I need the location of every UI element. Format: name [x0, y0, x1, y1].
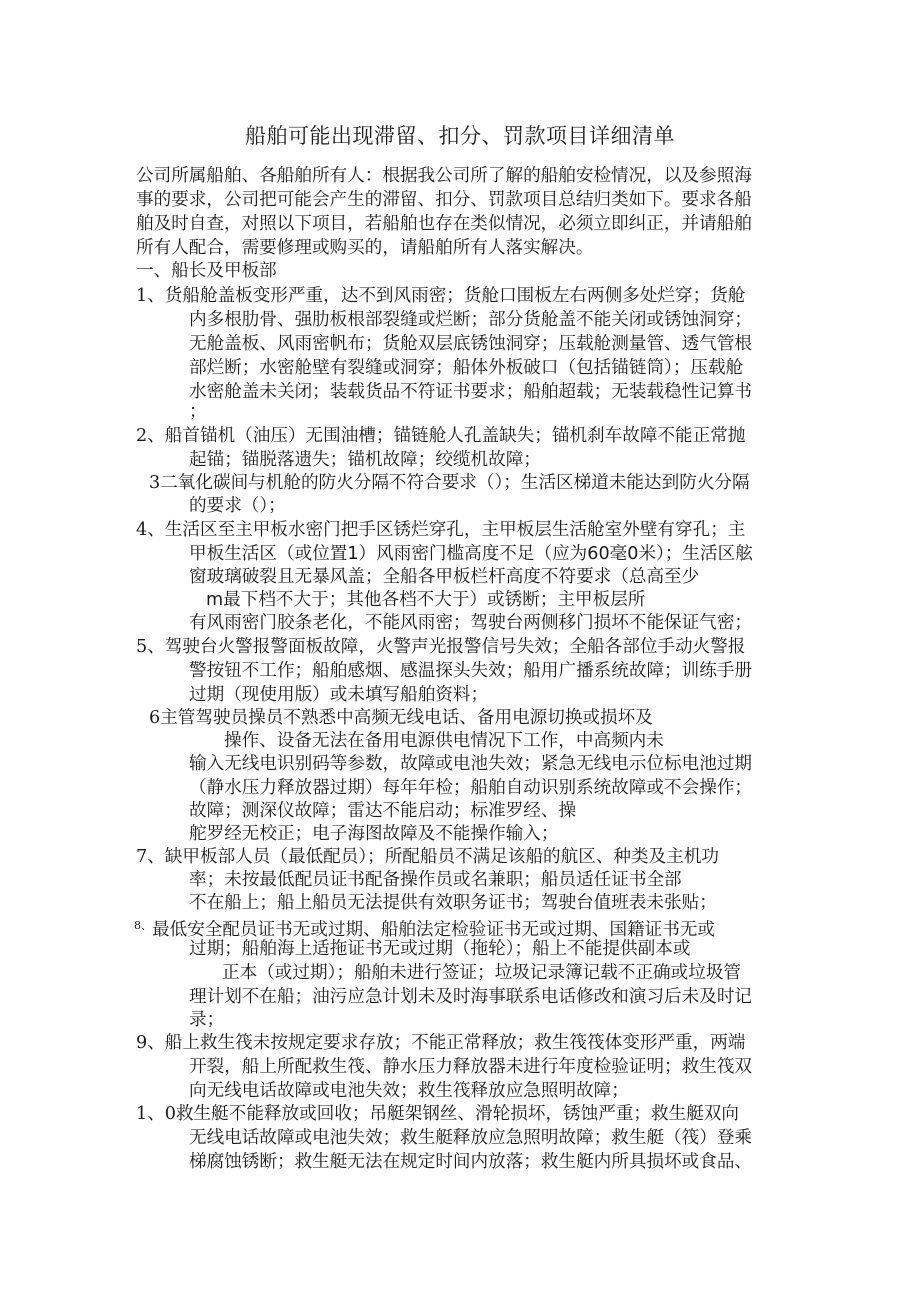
item-line: 无舱盖板、风雨密帆布；货舱双层底锈蚀洞穿；压载舱测量管、透气管根	[189, 333, 752, 355]
item-line: （静水压力释放器过期）每年年检；船舶自动识别系统故障或不会操作；	[189, 777, 752, 799]
item-line: 操作、设备无法在备用电源供电情况下工作，中高频内未	[224, 730, 664, 752]
item-number: 7、	[136, 847, 165, 867]
item-number: 8、	[134, 919, 152, 932]
list-item-4: 4、生活区至主甲板水密门把手区锈烂穿孔，主甲板层生活舱室外壁有穿孔；主	[136, 519, 745, 541]
item-line: 率；未按最低配员证书配备操作员或名兼职；船员适任证书全部	[189, 869, 682, 891]
intro-line: 舶及时自查，对照以下项目，若船舶也存在类似情况，必须立即纠正，并请船舶	[136, 213, 752, 235]
list-item-10: 1、0救生艇不能释放或回收；吊艇架钢丝、滑轮损坏，锈蚀严重；救生艇双向	[136, 1103, 739, 1125]
item-line: 部烂断；水密舱壁有裂缝或洞穿；船体外板破口（包括锚链筒）；压载舱	[189, 357, 743, 379]
list-item-1: 1、货船舱盖板变形严重，达不到风雨密；货舱口围板左右两侧多处烂穿；货舱	[136, 285, 745, 307]
item-line: 舵罗经无校正；电子海图故障及不能操作输入；	[189, 823, 558, 845]
item-line: ；	[189, 401, 207, 423]
list-item-3: 3二氧化碳间与机舱的防火分隔不符合要求（）；生活区梯道未能达到防火分隔	[149, 472, 750, 494]
list-item-6: 6主管驾驶员操员不熟悉中高频无线电话、备用电源切换或损坏及	[149, 707, 653, 729]
item-number: 4、	[136, 520, 165, 540]
item-line: 主管驾驶员操员不熟悉中高频无线电话、备用电源切换或损坏及	[160, 708, 653, 728]
item-line: 水密舱盖未关闭；装载货品不符证书要求；船舶超载；无装载稳性记算书	[189, 381, 752, 403]
intro-line: 所有人配合，需要修理或购买的，请船舶所有人落实解决。	[136, 237, 593, 259]
item-line: 甲板生活区（或位置1）风雨密门槛高度不足（应为60毫0米）；生活区舷	[189, 543, 753, 565]
item-line: 开裂，船上所配救生筏、静水压力释放器未进行年度检验证明；救生筏双	[189, 1056, 752, 1078]
document-page: 船舶可能出现滞留、扣分、罚款项目详细清单 公司所属船舶、各船舶所有人：根据我公司…	[0, 0, 920, 1302]
item-line: 向无线电话故障或电池失效；救生筏释放应急照明故障；	[189, 1080, 629, 1102]
item-line: 警按钮不工作；船舶感烟、感温探头失效；船用广播系统故障；训练手册	[189, 660, 752, 682]
item-line: 过期（现使用版）或未填写船舶资料；	[189, 684, 488, 706]
item-line: 二氧化碳间与机舱的防火分隔不符合要求（）；生活区梯道未能达到防火分隔	[160, 473, 749, 493]
item-line: 梯腐蚀锈断；救生艇无法在规定时间内放落；救生艇内所具损坏或食品、	[189, 1151, 752, 1173]
item-number: 1、	[136, 286, 165, 306]
item-line: 生活区至主甲板水密门把手区锈烂穿孔，主甲板层生活舱室外壁有穿孔；主	[165, 520, 746, 540]
item-line: 录；	[189, 1009, 224, 1031]
item-line: 救生艇不能释放或回收；吊艇架钢丝、滑轮损坏，锈蚀严重；救生艇双向	[176, 1104, 739, 1124]
item-line: 驾驶台火警报警面板故障，火警声光报警信号失效；全船各部位手动火警报	[165, 637, 746, 657]
item-number: 5、	[136, 637, 165, 657]
list-item-2: 2、船首锚机（油压）无围油槽；锚链舱人孔盖缺失；锚机刹车故障不能正常抛	[136, 425, 745, 447]
item-line: 窗玻璃破裂且无暴风盖；全船各甲板栏杆高度不符要求（总高至少	[189, 566, 699, 588]
item-line: 的要求（）；	[189, 495, 286, 517]
item-line: 故障；测深仪故障；雷达不能启动；标准罗经、操	[189, 800, 576, 822]
intro-line: 事的要求，公司把可能会产生的滞留、扣分、罚款项目总结归类如下。要求各船	[136, 189, 752, 211]
item-line: 过期；船舶海上适拖证书无或过期（拖轮）；船上不能提供副本或	[189, 938, 690, 960]
list-item-9: 9、船上救生筏未按规定要求存放；不能正常释放；救生筏筏体变形严重，两端	[136, 1032, 745, 1054]
item-line: 船首锚机（油压）无围油槽；锚链舱人孔盖缺失；锚机刹车故障不能正常抛	[165, 426, 746, 446]
item-line: 起锚；锚脱落遗失；锚机故障；绞缆机故障；	[189, 449, 541, 471]
item-line: 有风雨密门胶条老化，不能风雨密；驾驶台两侧移门损坏不能保证气密；	[189, 612, 752, 634]
item-line: 理计划不在船；油污应急计划未及时海事联系电话修改和演习后未及时记	[189, 986, 752, 1008]
document-title: 船舶可能出现滞留、扣分、罚款项目详细清单	[0, 120, 920, 150]
section-heading: 一、船长及甲板部	[136, 260, 277, 282]
item-number: 9、	[136, 1033, 165, 1053]
item-line: m最下档不大于；其他各档不大于）或锈断；主甲板层所	[206, 589, 645, 611]
item-number: 3	[149, 473, 160, 493]
list-item-5: 5、驾驶台火警报警面板故障，火警声光报警信号失效；全船各部位手动火警报	[136, 636, 745, 658]
item-line: 船上救生筏未按规定要求存放；不能正常释放；救生筏筏体变形严重，两端	[165, 1033, 746, 1053]
item-line: 货船舱盖板变形严重，达不到风雨密；货舱口围板左右两侧多处烂穿；货舱	[165, 286, 746, 306]
item-line: 输入无线电识别码等参数，故障或电池失效；紧急无线电示位标电池过期	[189, 753, 752, 775]
item-line: 缺甲板部人员（最低配员）；所配船员不满足该船的航区、种类及主机功	[165, 847, 719, 867]
item-number: 2、	[136, 426, 165, 446]
item-line: 内多根肋骨、强肋板根部裂缝或烂断；部分货舱盖不能关闭或锈蚀洞穿；	[189, 309, 752, 331]
intro-line: 公司所属船舶、各船舶所有人：根据我公司所了解的船舶安检情况，以及参照海	[136, 165, 752, 187]
list-item-7: 7、缺甲板部人员（最低配员）；所配船员不满足该船的航区、种类及主机功	[136, 846, 719, 868]
item-number: 1、0	[136, 1104, 176, 1124]
item-line: 最低安全配员证书无或过期、船舶法定检验证书无或过期、国籍证书无或	[152, 920, 715, 940]
item-number: 6	[149, 708, 160, 728]
item-line: 不在船上；船上船员无法提供有效职务证书；驾驶台值班表未张贴；	[189, 892, 717, 914]
item-line: 无线电话故障或电池失效；救生艇释放应急照明故障；救生艇（筏）登乘	[189, 1127, 752, 1149]
item-line: 正本（或过期）；船舶未进行签证；垃圾记录簿记载不正确或垃圾管	[222, 962, 741, 984]
